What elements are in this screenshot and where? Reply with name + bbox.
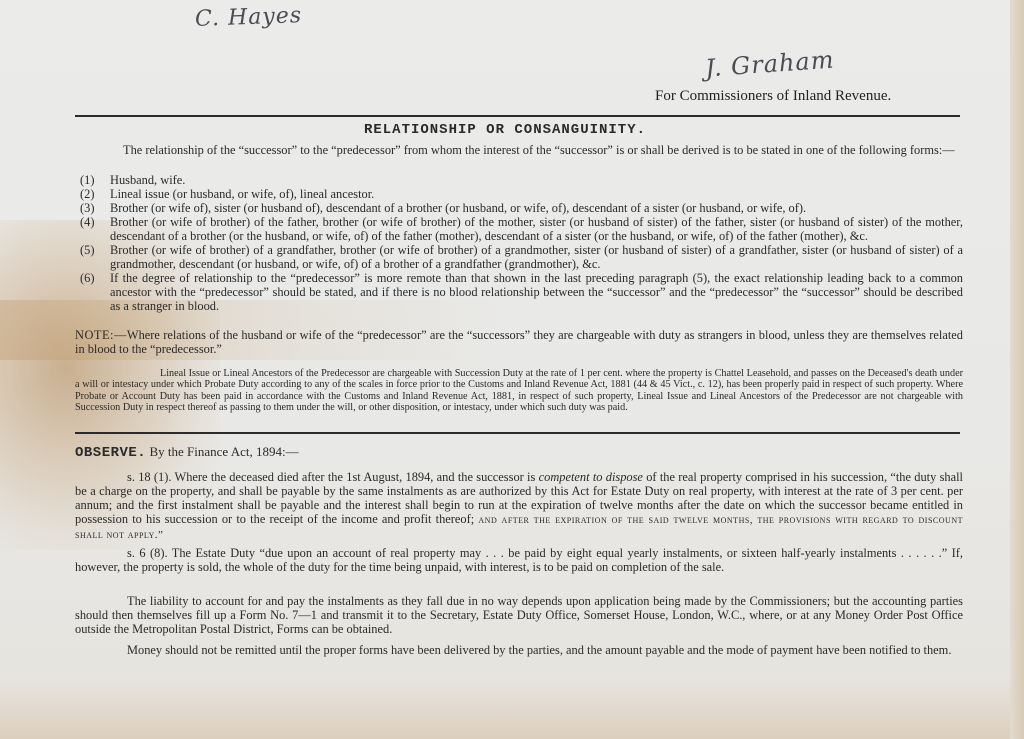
- paper-edge: [1010, 0, 1024, 739]
- list-item-text: Lineal issue (or husband, or wife, of), …: [110, 187, 963, 201]
- divider-middle: [75, 432, 960, 434]
- list-item-text: Brother (or wife of), sister (or husband…: [110, 201, 963, 215]
- s18-text-a: Where the deceased died after the 1st Au…: [175, 470, 536, 484]
- signature-hayes: C. Hayes: [195, 3, 303, 32]
- observe-subtitle: By the Finance Act, 1894:—: [149, 444, 298, 459]
- list-item-number: (4): [80, 215, 110, 243]
- list-item-number: (2): [80, 187, 110, 201]
- list-item-number: (6): [80, 271, 110, 313]
- money-paragraph: Money should not be remitted until the p…: [75, 643, 963, 657]
- s18-italic: competent to dispose: [539, 470, 643, 484]
- list-item: (5) Brother (or wife of brother) of a gr…: [80, 243, 963, 271]
- relationship-intro: The relationship of the “successor” to t…: [75, 143, 963, 157]
- divider-top: [75, 115, 960, 117]
- s6-reference: s. 6 (8).: [127, 546, 168, 560]
- liability-paragraph: The liability to account for and pay the…: [75, 594, 963, 636]
- signature-caption: For Commissioners of Inland Revenue.: [655, 88, 891, 105]
- list-item-text: Brother (or wife of brother) of a grandf…: [110, 243, 963, 271]
- note-paragraph: NOTE:—Where relations of the husband or …: [75, 328, 963, 356]
- list-item: (4) Brother (or wife of brother) of the …: [80, 215, 963, 243]
- relationship-list: (1) Husband, wife. (2) Lineal issue (or …: [80, 173, 963, 313]
- list-item-text: If the degree of relationship to the “pr…: [110, 271, 963, 313]
- list-item-number: (3): [80, 201, 110, 215]
- list-item: (1) Husband, wife.: [80, 173, 963, 187]
- section-6-paragraph: s. 6 (8). The Estate Duty “due upon an a…: [75, 546, 963, 574]
- section-18-paragraph: s. 18 (1). Where the deceased died after…: [75, 470, 963, 542]
- note-label: NOTE:—: [75, 328, 127, 342]
- observe-label: OBSERVE.: [75, 445, 146, 461]
- lineal-issue-paragraph: Lineal Issue or Lineal Ancestors of the …: [75, 368, 963, 414]
- s18-reference: s. 18 (1).: [127, 470, 171, 484]
- list-item-number: (1): [80, 173, 110, 187]
- s6-text: The Estate Duty “due upon an account of …: [75, 546, 963, 574]
- list-item-text: Husband, wife.: [110, 173, 963, 187]
- list-item-text: Brother (or wife of brother) of the fath…: [110, 215, 963, 243]
- list-item-number: (5): [80, 243, 110, 271]
- list-item: (6) If the degree of relationship to the…: [80, 271, 963, 313]
- section-heading-relationship: RELATIONSHIP OR CONSANGUINITY.: [0, 122, 1010, 138]
- list-item: (3) Brother (or wife of), sister (or hus…: [80, 201, 963, 215]
- observe-heading: OBSERVE. By the Finance Act, 1894:—: [75, 444, 299, 461]
- list-item: (2) Lineal issue (or husband, or wife, o…: [80, 187, 963, 201]
- note-text: Where relations of the husband or wife o…: [75, 328, 963, 356]
